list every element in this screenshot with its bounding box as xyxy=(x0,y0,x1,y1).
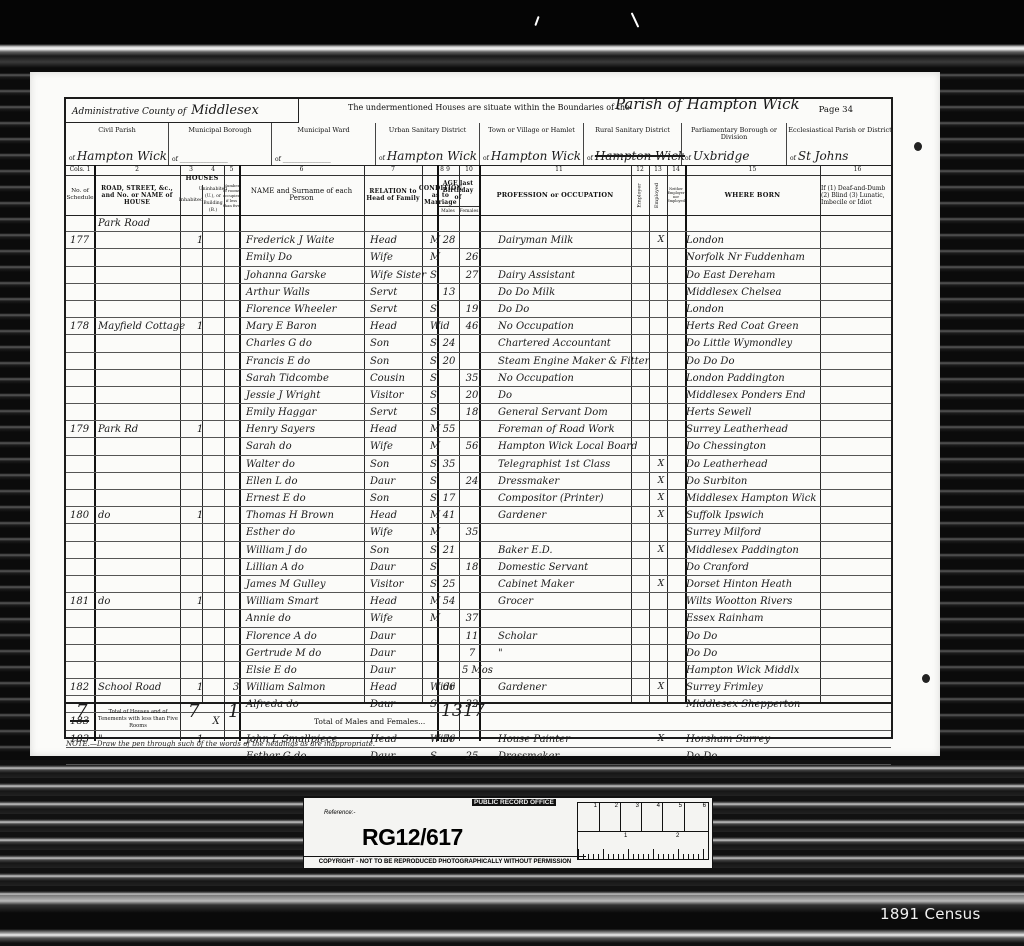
inhabited-count xyxy=(194,542,206,558)
female-age xyxy=(462,576,482,592)
person-name: William J do xyxy=(246,542,364,558)
inhabited-count xyxy=(194,335,206,351)
inhabited-count xyxy=(194,473,206,489)
inhabited-count xyxy=(194,490,206,506)
relation-to-head: Head xyxy=(370,421,424,437)
inhabited-count xyxy=(194,267,206,283)
occupation: Grocer xyxy=(498,593,650,609)
uninhabited-mark xyxy=(210,593,222,609)
male-age: 35 xyxy=(439,456,459,472)
heading-age: AGE last Birthday of xyxy=(437,175,479,205)
area-row: Civil Parish ofHampton Wick Municipal Bo… xyxy=(66,123,891,166)
male-age: 55 xyxy=(439,421,459,437)
uninhabited-mark xyxy=(210,421,222,437)
inhabited-count xyxy=(194,559,206,575)
relation-to-head: Cousin xyxy=(370,370,424,386)
uninhabited-mark xyxy=(210,249,222,265)
table-row: Florence A doDaur11ScholarDo Do xyxy=(66,628,891,645)
inhabited-count xyxy=(194,645,206,661)
birthplace: Middlesex Paddington xyxy=(686,542,844,558)
schedule-number xyxy=(70,301,94,317)
birthplace: Hampton Wick Middlx xyxy=(686,662,844,678)
inhabited-count xyxy=(194,353,206,369)
reference-stamp: PUBLIC RECORD OFFICE Reference:- RG12/61… xyxy=(303,797,713,869)
schedule-number xyxy=(70,576,94,592)
employed-mark xyxy=(654,335,668,351)
occupation: Chartered Accountant xyxy=(498,335,650,351)
uninhabited-mark xyxy=(210,645,222,661)
heading-infirmity: If (1) Deaf-and-Dumb (2) Blind (3) Lunat… xyxy=(820,175,895,215)
person-name: Annie do xyxy=(246,610,364,626)
rooms-count xyxy=(230,456,242,472)
table-row: Ellen L doDaurS24DressmakerXDo Surbiton xyxy=(66,473,891,490)
uninhabited-mark xyxy=(210,404,222,420)
relation-to-head: Daur xyxy=(370,559,424,575)
house-address xyxy=(98,748,208,764)
person-name: Florence A do xyxy=(246,628,364,644)
table-row: Florence WheelerServtS19Do DoLondon xyxy=(66,301,891,318)
house-address xyxy=(98,645,208,661)
table-row: Esther G doDaurS25DressmakerDo Do xyxy=(66,748,891,765)
birthplace: Surrey Leatherhead xyxy=(686,421,844,437)
female-age xyxy=(462,353,482,369)
male-age: 17 xyxy=(439,490,459,506)
birthplace: Do Do Do xyxy=(686,353,844,369)
female-age: 26 xyxy=(462,249,482,265)
rooms-count: 3 xyxy=(230,679,242,695)
table-row: 1771Frederick J WaiteHeadM28Dairyman Mil… xyxy=(66,232,891,249)
heading-neither: Neither Employer nor Employed xyxy=(667,175,685,215)
male-age: 21 xyxy=(439,542,459,558)
relation-to-head: Wife xyxy=(370,249,424,265)
female-age xyxy=(462,456,482,472)
birthplace: Do Chessington xyxy=(686,438,844,454)
schedule-number xyxy=(70,662,94,678)
rooms-count xyxy=(230,507,242,523)
schedule-number xyxy=(70,559,94,575)
house-address xyxy=(98,284,208,300)
heading-address: ROAD, STREET, &c., and No. or NAME of HO… xyxy=(94,175,180,215)
inhabited-count xyxy=(194,301,206,317)
total-houses-label: Total of Houses and of Tenements with le… xyxy=(98,709,178,730)
occupation: No Occupation xyxy=(498,370,650,386)
schedule-number: 180 xyxy=(70,507,94,523)
birthplace: Herts Sewell xyxy=(686,404,844,420)
birthplace: Herts Red Coat Green xyxy=(686,318,844,334)
area-town-village-hamlet: Town or Village or Hamlet ofHampton Wick xyxy=(480,123,584,165)
house-address xyxy=(98,404,208,420)
uninhabited-mark xyxy=(210,679,222,695)
employed-mark xyxy=(654,610,668,626)
occupation: Telegraphist 1st Class xyxy=(498,456,650,472)
schedule-number xyxy=(70,215,94,231)
inhabited-count xyxy=(194,249,206,265)
person-name: Frederick J Waite xyxy=(246,232,364,248)
inhabited-count xyxy=(194,387,206,403)
boundary-value: Parish of Hampton Wick xyxy=(615,95,800,113)
female-age: 5 Mos xyxy=(462,662,482,678)
occupation: Do Do xyxy=(498,301,650,317)
uninhabited-mark xyxy=(210,267,222,283)
uninhabited-mark xyxy=(210,662,222,678)
schedule-number xyxy=(70,628,94,644)
heading-males: Males xyxy=(437,206,459,215)
uninhabited-mark xyxy=(210,370,222,386)
relation-to-head: Head xyxy=(370,507,424,523)
table-row: Esther doWifeM35Surrey Milford xyxy=(66,524,891,541)
area-parliamentary-borough: Parliamentary Borough or Division ofUxbr… xyxy=(682,123,787,165)
birthplace: Do Leatherhead xyxy=(686,456,844,472)
inhabited-count xyxy=(194,215,206,231)
inhabited-count: 1 xyxy=(194,318,206,334)
relation-to-head: Visitor xyxy=(370,387,424,403)
inhabited-count xyxy=(194,576,206,592)
male-age xyxy=(439,301,459,317)
uninhabited-mark xyxy=(210,387,222,403)
employed-mark xyxy=(654,387,668,403)
rooms-count xyxy=(230,576,242,592)
table-row: Walter doSonS35Telegraphist 1st ClassXDo… xyxy=(66,456,891,473)
employed-mark xyxy=(654,662,668,678)
rooms-count xyxy=(230,645,242,661)
relation-to-head: Wife xyxy=(370,610,424,626)
male-age: 41 xyxy=(439,507,459,523)
schedule-number xyxy=(70,542,94,558)
person-name: Arthur Walls xyxy=(246,284,364,300)
uninhabited-mark xyxy=(210,232,222,248)
rooms-count xyxy=(230,215,242,231)
relation-to-head: Son xyxy=(370,490,424,506)
occupation: General Servant Dom xyxy=(498,404,650,420)
male-age: 25 xyxy=(439,576,459,592)
occupation xyxy=(498,524,650,540)
female-age: 27 xyxy=(462,267,482,283)
relation-to-head: Head xyxy=(370,232,424,248)
birthplace: Do East Dereham xyxy=(686,267,844,283)
male-age xyxy=(439,267,459,283)
schedule-number xyxy=(70,438,94,454)
person-name: Charles G do xyxy=(246,335,364,351)
male-age xyxy=(439,370,459,386)
house-address xyxy=(98,267,208,283)
male-age: 28 xyxy=(439,232,459,248)
relation-to-head: Son xyxy=(370,353,424,369)
house-address xyxy=(98,628,208,644)
birthplace: Do Surbiton xyxy=(686,473,844,489)
person-name: James M Gulley xyxy=(246,576,364,592)
rooms-count xyxy=(230,318,242,334)
birthplace: Middlesex Chelsea xyxy=(686,284,844,300)
occupation: Compositor (Printer) xyxy=(498,490,650,506)
female-age: 19 xyxy=(462,301,482,317)
house-address: Park Rd xyxy=(98,421,208,437)
person-name: Jessie J Wright xyxy=(246,387,364,403)
house-address xyxy=(98,559,208,575)
house-address xyxy=(98,301,208,317)
rooms-count xyxy=(230,335,242,351)
employed-mark xyxy=(654,748,668,764)
occupation: Dressmaker xyxy=(498,473,650,489)
occupation xyxy=(498,610,650,626)
table-row: 180do1Thomas H BrownHeadM41GardenerXSuff… xyxy=(66,507,891,524)
table-row: Elsie E doDaur5 MosHampton Wick Middlx xyxy=(66,662,891,679)
female-age: 35 xyxy=(462,370,482,386)
employed-mark xyxy=(654,524,668,540)
inhabited-count xyxy=(194,524,206,540)
schedule-number xyxy=(70,404,94,420)
inhabited-count xyxy=(194,370,206,386)
house-address xyxy=(98,542,208,558)
employed-mark: X xyxy=(654,542,668,558)
table-row: 181do1William SmartHeadM54GrocerWilts Wo… xyxy=(66,593,891,610)
measurement-scale: 1 2 3 4 5 6 1 2 xyxy=(577,802,709,860)
rooms-count xyxy=(230,524,242,540)
female-age xyxy=(462,421,482,437)
house-address: School Road xyxy=(98,679,208,695)
schedule-number xyxy=(70,473,94,489)
occupation xyxy=(498,215,650,231)
occupation: Scholar xyxy=(498,628,650,644)
schedule-number xyxy=(70,645,94,661)
inhabited-count: 1 xyxy=(194,507,206,523)
male-age xyxy=(439,628,459,644)
birthplace: Do Cranford xyxy=(686,559,844,575)
employed-mark xyxy=(654,645,668,661)
male-age xyxy=(439,610,459,626)
schedule-number xyxy=(70,748,94,764)
birthplace: Essex Rainham xyxy=(686,610,844,626)
census-entries: Park Road1771Frederick J WaiteHeadM28Dai… xyxy=(66,215,891,765)
female-age xyxy=(462,542,482,558)
house-address xyxy=(98,232,208,248)
female-age: 18 xyxy=(462,404,482,420)
occupation: Do xyxy=(498,387,650,403)
inhabited-count xyxy=(194,610,206,626)
birthplace: Middlesex Hampton Wick xyxy=(686,490,844,506)
house-address xyxy=(98,438,208,454)
table-row: 182School Road13William SalmonHeadWidr66… xyxy=(66,679,891,696)
female-age: 11 xyxy=(462,628,482,644)
schedule-number: 178 xyxy=(70,318,94,334)
person-name: Emily Haggar xyxy=(246,404,364,420)
female-age xyxy=(462,593,482,609)
inhabited-count: 1 xyxy=(194,421,206,437)
total-males: 13 xyxy=(441,708,463,715)
employed-mark xyxy=(654,318,668,334)
female-age: 20 xyxy=(462,387,482,403)
uninhabited-mark xyxy=(210,438,222,454)
relation-to-head: Son xyxy=(370,456,424,472)
occupation: Steam Engine Maker & Fitter xyxy=(498,353,650,369)
rooms-count xyxy=(230,610,242,626)
occupation xyxy=(498,662,650,678)
uninhabited-mark xyxy=(210,559,222,575)
house-address xyxy=(98,662,208,678)
table-row: Gertrude M doDaur7"Do Do xyxy=(66,645,891,662)
relation-to-head: Daur xyxy=(370,473,424,489)
admin-county-label: Administrative County of xyxy=(72,107,186,117)
male-age xyxy=(439,559,459,575)
person-name: Johanna Garske xyxy=(246,267,364,283)
birthplace: London Paddington xyxy=(686,370,844,386)
employed-mark xyxy=(654,593,668,609)
heading-rooms: Number of rooms occupied if less than fi… xyxy=(224,175,239,215)
person-name: Walter do xyxy=(246,456,364,472)
male-age xyxy=(439,249,459,265)
schedule-number: 182 xyxy=(70,679,94,695)
person-name: Lillian A do xyxy=(246,559,364,575)
table-row: Annie doWifeM37Essex Rainham xyxy=(66,610,891,627)
table-row: 179Park Rd1Henry SayersHeadM55Foreman of… xyxy=(66,421,891,438)
male-age xyxy=(439,387,459,403)
relation-to-head: Daur xyxy=(370,662,424,678)
schedule-number xyxy=(70,524,94,540)
table-row: Francis E doSonS20Steam Engine Maker & F… xyxy=(66,353,891,370)
rooms-count xyxy=(230,301,242,317)
occupation: Dairy Assistant xyxy=(498,267,650,283)
census-year-watermark: 1891 Census xyxy=(880,905,981,923)
table-row: Jessie J WrightVisitorS20DoMiddlesex Pon… xyxy=(66,387,891,404)
uninhabited-mark xyxy=(210,456,222,472)
relation-to-head: Wife Sister xyxy=(370,267,424,283)
relation-to-head: Servt xyxy=(370,404,424,420)
occupation: Cabinet Maker xyxy=(498,576,650,592)
rooms-count xyxy=(230,559,242,575)
census-page: Administrative County of Middlesex The u… xyxy=(30,72,940,756)
uninhabited-mark xyxy=(210,610,222,626)
female-age xyxy=(462,679,482,695)
relation-to-head: Head xyxy=(370,679,424,695)
female-age: 25 xyxy=(462,748,482,764)
heading-where-born: WHERE BORN xyxy=(685,175,820,215)
person-name: Emily Do xyxy=(246,249,364,265)
person-name: Esther G do xyxy=(246,748,364,764)
person-name: Mary E Baron xyxy=(246,318,364,334)
occupation: " xyxy=(498,645,650,661)
uninhabited-mark xyxy=(210,473,222,489)
heading-houses: HOUSES xyxy=(180,175,224,185)
schedule-number: 179 xyxy=(70,421,94,437)
schedule-number xyxy=(70,370,94,386)
birthplace: Do Do xyxy=(686,645,844,661)
relation-to-head: Son xyxy=(370,542,424,558)
house-address xyxy=(98,249,208,265)
table-row: William J doSonS21Baker E.D.XMiddlesex P… xyxy=(66,542,891,559)
admin-county-value: Middlesex xyxy=(191,103,259,118)
occupation: Domestic Servant xyxy=(498,559,650,575)
rooms-count xyxy=(230,628,242,644)
person-name: Sarah do xyxy=(246,438,364,454)
employed-mark: X xyxy=(654,232,668,248)
birthplace: Wilts Wootton Rivers xyxy=(686,593,844,609)
form-title-row: Administrative County of Middlesex The u… xyxy=(66,99,891,123)
table-row: James M GulleyVisitorS25Cabinet MakerXDo… xyxy=(66,576,891,593)
person-name: Sarah Tidcombe xyxy=(246,370,364,386)
rooms-count xyxy=(230,438,242,454)
employed-mark xyxy=(654,559,668,575)
employed-mark xyxy=(654,249,668,265)
table-row: Arthur WallsServt13Do Do MilkMiddlesex C… xyxy=(66,284,891,301)
rooms-count xyxy=(230,370,242,386)
person-name: Florence Wheeler xyxy=(246,301,364,317)
relation-to-head: Daur xyxy=(370,645,424,661)
punch-hole xyxy=(922,674,930,683)
employed-mark: X xyxy=(654,456,668,472)
civil-parish-value: Hampton Wick xyxy=(77,149,167,163)
female-age xyxy=(462,215,482,231)
male-age xyxy=(439,215,459,231)
table-row: Emily HaggarServtS18General Servant DomH… xyxy=(66,404,891,421)
employed-mark xyxy=(654,267,668,283)
area-municipal-borough: Municipal Borough of ________________ xyxy=(169,123,272,165)
table-row: Park Road xyxy=(66,215,891,232)
schedule-number xyxy=(70,353,94,369)
area-rural-sanitary-district: Rural Sanitary District ofHampton Wick xyxy=(584,123,682,165)
relation-to-head: Son xyxy=(370,335,424,351)
male-age xyxy=(439,318,459,334)
table-row: Emily DoWifeM26Norfolk Nr Fuddenham xyxy=(66,249,891,266)
male-age: 54 xyxy=(439,593,459,609)
uninhabited-mark xyxy=(210,576,222,592)
relation-to-head: Visitor xyxy=(370,576,424,592)
form-note: NOTE.—Draw the pen through such of the w… xyxy=(66,740,375,748)
female-age xyxy=(462,490,482,506)
female-age: 35 xyxy=(462,524,482,540)
rooms-count xyxy=(230,353,242,369)
male-age: 20 xyxy=(439,353,459,369)
female-age: 37 xyxy=(462,610,482,626)
totals-row: 7 Total of Houses and of Tenements with … xyxy=(66,702,891,741)
birthplace: Dorset Hinton Heath xyxy=(686,576,844,592)
male-age: 24 xyxy=(439,335,459,351)
heading-employed: Employed xyxy=(649,175,667,215)
house-address xyxy=(98,610,208,626)
rooms-count xyxy=(230,284,242,300)
table-row: Sarah TidcombeCousinS35No OccupationLond… xyxy=(66,370,891,387)
employed-mark xyxy=(654,404,668,420)
heading-schedule: No. of Schedule xyxy=(66,175,94,215)
birthplace: Surrey Milford xyxy=(686,524,844,540)
inhabited-count xyxy=(194,662,206,678)
employed-mark: X xyxy=(654,490,668,506)
area-civil-parish: Civil Parish ofHampton Wick xyxy=(66,123,169,165)
employed-mark xyxy=(654,353,668,369)
inhabited-count: 1 xyxy=(194,593,206,609)
male-age xyxy=(439,438,459,454)
relation-to-head: Head xyxy=(370,593,424,609)
uninhabited-mark xyxy=(210,524,222,540)
heading-employer: Employer xyxy=(631,175,649,215)
uninhabited-mark xyxy=(210,748,222,764)
male-age xyxy=(439,748,459,764)
microfilm-background-band xyxy=(0,895,1024,946)
house-address xyxy=(98,576,208,592)
uninhabited-mark xyxy=(210,490,222,506)
employed-mark xyxy=(654,215,668,231)
table-row: 178Mayfield Cottage1Mary E BaronHeadWid4… xyxy=(66,318,891,335)
schedule-number xyxy=(70,284,94,300)
person-name: Ellen L do xyxy=(246,473,364,489)
birthplace: London xyxy=(686,301,844,317)
inhabited-count xyxy=(194,404,206,420)
house-address xyxy=(98,456,208,472)
rooms-count xyxy=(230,490,242,506)
house-address xyxy=(98,370,208,386)
male-age xyxy=(439,645,459,661)
inhabited-count xyxy=(194,628,206,644)
uninhabited-mark xyxy=(210,507,222,523)
inhabited-count xyxy=(194,456,206,472)
